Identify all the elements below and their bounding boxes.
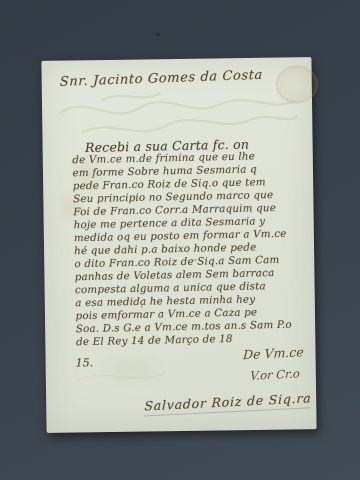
year-line: 15. (76, 356, 94, 369)
addressee-line: Snr. Jacinto Gomes da Costa (59, 68, 263, 90)
closing-title: V.or Cr.o (250, 366, 305, 383)
letter-page: Snr. Jacinto Gomes da Costa Recebi a sua… (41, 57, 316, 433)
ring-stain (276, 65, 319, 104)
signature: Salvador Roiz de Siq.ra (144, 390, 312, 416)
closing-block: De Vm.ce V.or Cr.o (243, 344, 305, 383)
photo-backdrop: Snr. Jacinto Gomes da Costa Recebi a sua… (0, 0, 360, 480)
closing-salutation: De Vm.ce (243, 344, 304, 362)
faint-stain-bottom (97, 345, 168, 392)
letter-body: Recebi a sua Carta fc. onde Vm.ce m.de f… (72, 137, 292, 349)
backdrop-dust-speck (156, 33, 160, 36)
